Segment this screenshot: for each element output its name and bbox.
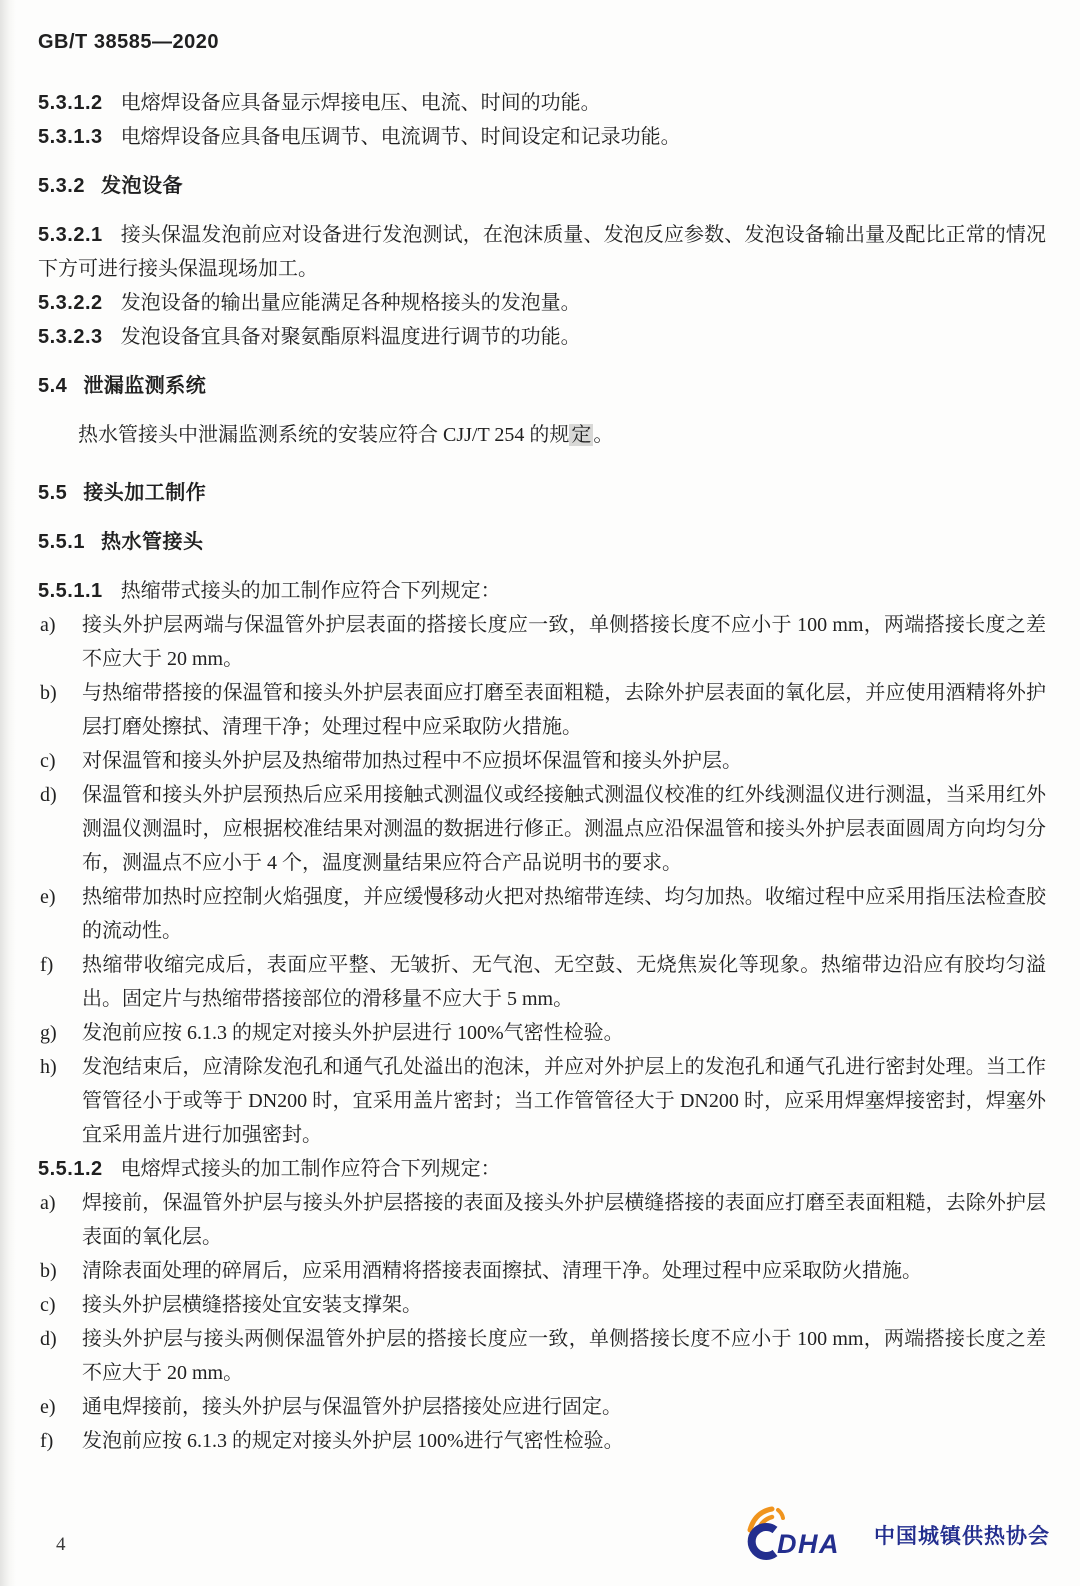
list-item-text: 接头外护层横缝搭接处宜安装支撑架。 <box>82 1288 1046 1322</box>
clause-number: 5.5.1.1 <box>38 580 103 602</box>
list-item-text: 发泡前应按 6.1.3 的规定对接头外护层进行 100%气密性检验。 <box>82 1016 1046 1050</box>
list-item-label: b) <box>38 676 82 744</box>
paragraph-5-4-body: 热水管接头中泄漏监测系统的安装应符合 CJJ/T 254 的规定。 <box>38 418 1046 452</box>
document-page: GB/T 38585—2020 5.3.1.2电熔焊设备应具备显示焊接电压、电流… <box>0 0 1080 1458</box>
list-item-label: g) <box>38 1016 82 1050</box>
list-item-text: 焊接前，保温管外护层与接头外护层搭接的表面及接头外护层横缝搭接的表面应打磨至表面… <box>82 1186 1046 1254</box>
clause-5-5-1-1: 5.5.1.1热缩带式接头的加工制作应符合下列规定： <box>38 574 1046 608</box>
list-item-label: f) <box>38 1424 82 1458</box>
list-5-5-1-1: a)接头外护层两端与保温管外护层表面的搭接长度应一致，单侧搭接长度不应小于 10… <box>38 608 1046 1152</box>
clause-5-3-1-3: 5.3.1.3电熔焊设备应具备电压调节、电流调节、时间设定和记录功能。 <box>38 120 1046 154</box>
heading-5-3-2: 5.3.2发泡设备 <box>38 169 1046 203</box>
clause-number: 5.3.2.3 <box>38 326 103 348</box>
list-item-label: a) <box>38 1186 82 1254</box>
heading-5-5-1: 5.5.1热水管接头 <box>38 525 1046 559</box>
list-item-f: f)热缩带收缩完成后，表面应平整、无皱折、无气泡、无空鼓、无烧焦炭化等现象。热缩… <box>38 948 1046 1016</box>
list-item-a: a)焊接前，保温管外护层与接头外护层搭接的表面及接头外护层横缝搭接的表面应打磨至… <box>38 1186 1046 1254</box>
heading-5-5: 5.5接头加工制作 <box>38 476 1046 510</box>
heading-text: 接头加工制作 <box>83 482 206 504</box>
clause-5-3-2-1: 5.3.2.1接头保温发泡前应对设备进行发泡测试，在泡沫质量、发泡反应参数、发泡… <box>38 218 1046 286</box>
dha-association-logo: DHA 中国城镇供热协会 <box>747 1506 1050 1564</box>
list-item-text: 通电焊接前，接头外护层与保温管外护层搭接处应进行固定。 <box>82 1390 1046 1424</box>
list-item-text: 接头外护层与接头两侧保温管外护层的搭接长度应一致，单侧搭接长度不应小于 100 … <box>82 1322 1046 1390</box>
list-item-label: d) <box>38 1322 82 1390</box>
list-item-e: e)热缩带加热时应控制火焰强度，并应缓慢移动火把对热缩带连续、均匀加热。收缩过程… <box>38 880 1046 948</box>
clause-text: 接头保温发泡前应对设备进行发泡测试，在泡沫质量、发泡反应参数、发泡设备输出量及配… <box>38 224 1046 280</box>
list-item-d: d)接头外护层与接头两侧保温管外护层的搭接长度应一致，单侧搭接长度不应小于 10… <box>38 1322 1046 1390</box>
list-item-label: h) <box>38 1050 82 1152</box>
clause-text: 发泡设备的输出量应能满足各种规格接头的发泡量。 <box>121 292 581 314</box>
list-item-text: 保温管和接头外护层预热后应采用接触式测温仪或经接触式测温仪校准的红外线测温仪进行… <box>82 778 1046 880</box>
page-number: 4 <box>56 1534 66 1556</box>
list-5-5-1-2: a)焊接前，保温管外护层与接头外护层搭接的表面及接头外护层横缝搭接的表面应打磨至… <box>38 1186 1046 1458</box>
clause-number: 5.3.1.3 <box>38 126 103 148</box>
clause-text: 电熔焊设备应具备显示焊接电压、电流、时间的功能。 <box>121 92 601 114</box>
list-item-text: 对保温管和接头外护层及热缩带加热过程中不应损坏保温管和接头外护层。 <box>82 744 1046 778</box>
list-item-text: 热缩带加热时应控制火焰强度，并应缓慢移动火把对热缩带连续、均匀加热。收缩过程中应… <box>82 880 1046 948</box>
list-item-h: h)发泡结束后，应清除发泡孔和通气孔处溢出的泡沫，并应对外护层上的发泡孔和通气孔… <box>38 1050 1046 1152</box>
list-item-a: a)接头外护层两端与保温管外护层表面的搭接长度应一致，单侧搭接长度不应小于 10… <box>38 608 1046 676</box>
heading-5-4: 5.4泄漏监测系统 <box>38 369 1046 403</box>
list-item-b: b)与热缩带搭接的保温管和接头外护层表面应打磨至表面粗糙，去除外护层表面的氧化层… <box>38 676 1046 744</box>
heading-text: 热水管接头 <box>101 531 204 553</box>
list-item-text: 接头外护层两端与保温管外护层表面的搭接长度应一致，单侧搭接长度不应小于 100 … <box>82 608 1046 676</box>
list-item-text: 发泡前应按 6.1.3 的规定对接头外护层 100%进行气密性检验。 <box>82 1424 1046 1458</box>
clause-number: 5.3.1.2 <box>38 92 103 114</box>
clause-5-3-2-2: 5.3.2.2发泡设备的输出量应能满足各种规格接头的发泡量。 <box>38 286 1046 320</box>
heading-text: 泄漏监测系统 <box>83 375 206 397</box>
dha-acronym: DHA <box>777 1529 840 1559</box>
list-item-g: g)发泡前应按 6.1.3 的规定对接头外护层进行 100%气密性检验。 <box>38 1016 1046 1050</box>
paragraph-text: 热水管接头中泄漏监测系统的安装应符合 CJJ/T 254 的规 <box>78 424 569 446</box>
clause-5-5-1-2: 5.5.1.2电熔焊式接头的加工制作应符合下列规定： <box>38 1152 1046 1186</box>
list-item-label: b) <box>38 1254 82 1288</box>
clause-text: 发泡设备宜具备对聚氨酯原料温度进行调节的功能。 <box>121 326 581 348</box>
list-item-label: c) <box>38 744 82 778</box>
heading-number: 5.4 <box>38 375 67 397</box>
clause-text: 热缩带式接头的加工制作应符合下列规定： <box>121 580 501 602</box>
clause-5-3-2-3: 5.3.2.3发泡设备宜具备对聚氨酯原料温度进行调节的功能。 <box>38 320 1046 354</box>
clause-text: 电熔焊式接头的加工制作应符合下列规定： <box>121 1158 501 1180</box>
clause-number: 5.3.2.2 <box>38 292 103 314</box>
dha-emblem-icon: DHA <box>747 1506 865 1564</box>
list-item-label: f) <box>38 948 82 1016</box>
clause-text: 电熔焊设备应具备电压调节、电流调节、时间设定和记录功能。 <box>121 126 681 148</box>
heading-number: 5.3.2 <box>38 175 85 197</box>
list-item-b: b)清除表面处理的碎屑后，应采用酒精将搭接表面擦拭、清理干净。处理过程中应采取防… <box>38 1254 1046 1288</box>
list-item-label: e) <box>38 880 82 948</box>
list-item-text: 发泡结束后，应清除发泡孔和通气孔处溢出的泡沫，并应对外护层上的发泡孔和通气孔进行… <box>82 1050 1046 1152</box>
clause-number: 5.3.2.1 <box>38 224 103 246</box>
list-item-text: 清除表面处理的碎屑后，应采用酒精将搭接表面擦拭、清理干净。处理过程中应采取防火措… <box>82 1254 1046 1288</box>
list-item-text: 热缩带收缩完成后，表面应平整、无皱折、无气泡、无空鼓、无烧焦炭化等现象。热缩带边… <box>82 948 1046 1016</box>
paragraph-text-tail: 。 <box>593 424 613 446</box>
list-item-label: a) <box>38 608 82 676</box>
list-item-c: c)接头外护层横缝搭接处宜安装支撑架。 <box>38 1288 1046 1322</box>
standard-number-header: GB/T 38585—2020 <box>38 28 1046 56</box>
list-item-label: d) <box>38 778 82 880</box>
heading-number: 5.5 <box>38 482 67 504</box>
list-item-f: f)发泡前应按 6.1.3 的规定对接头外护层 100%进行气密性检验。 <box>38 1424 1046 1458</box>
list-item-d: d)保温管和接头外护层预热后应采用接触式测温仪或经接触式测温仪校准的红外线测温仪… <box>38 778 1046 880</box>
clause-5-3-1-2: 5.3.1.2电熔焊设备应具备显示焊接电压、电流、时间的功能。 <box>38 86 1046 120</box>
list-item-c: c)对保温管和接头外护层及热缩带加热过程中不应损坏保温管和接头外护层。 <box>38 744 1046 778</box>
list-item-label: c) <box>38 1288 82 1322</box>
list-item-label: e) <box>38 1390 82 1424</box>
association-name: 中国城镇供热协会 <box>874 1520 1050 1550</box>
list-item-text: 与热缩带搭接的保温管和接头外护层表面应打磨至表面粗糙，去除外护层表面的氧化层，并… <box>82 676 1046 744</box>
heading-text: 发泡设备 <box>101 175 183 197</box>
clause-number: 5.5.1.2 <box>38 1158 103 1180</box>
scan-highlight-artifact: 定 <box>569 424 593 446</box>
heading-number: 5.5.1 <box>38 531 85 553</box>
list-item-e: e)通电焊接前，接头外护层与保温管外护层搭接处应进行固定。 <box>38 1390 1046 1424</box>
